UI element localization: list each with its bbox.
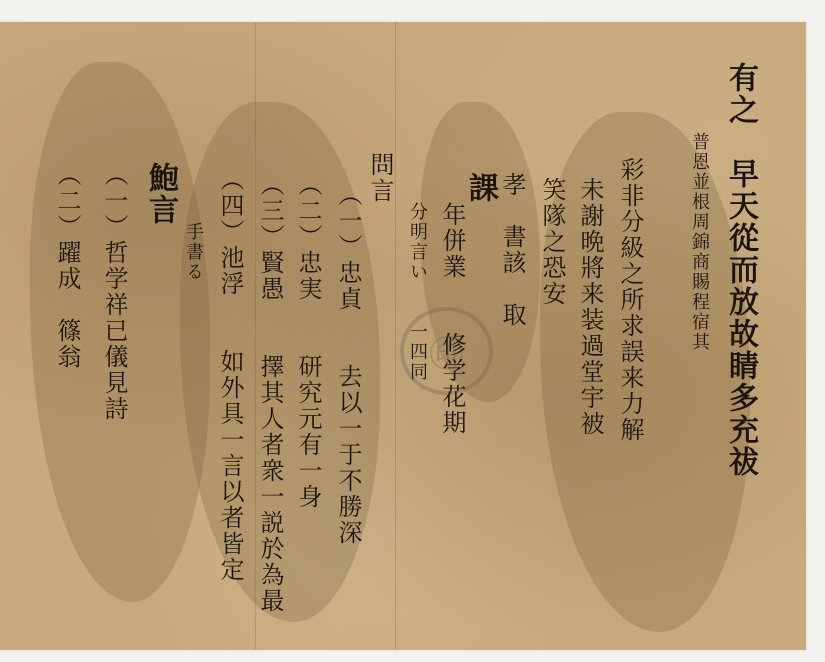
text-column: （一）哲学祥已儀見詩 [102, 162, 126, 422]
water-stain [540, 112, 750, 632]
text-column: 孝 書該 取 [500, 172, 524, 328]
text-column: 手書る [184, 222, 202, 282]
text-column: 課 [465, 172, 495, 204]
text-column: 分明言い 一四同 [408, 202, 426, 382]
text-column: （四）池浮 如外具一言以者皆定 [218, 167, 242, 583]
text-column: （二）忠実 研究元有一身 [296, 172, 320, 510]
manuscript-paper: ㊞ 有之 早天從而放故睛多充祓 普恩並根周錦商賜程宿其 彩非分級之所求誤来力解 … [0, 22, 806, 650]
text-column: （二）躍成 篠翁 [55, 162, 79, 370]
text-column: 笑隊之恐安 [540, 177, 564, 307]
text-column: 普恩並根周錦商賜程宿其 [690, 132, 708, 352]
text-column: （三）賢愚 擇其人者衆一説於為最 [258, 172, 282, 614]
fold-line [395, 22, 396, 650]
text-column: 年併業 修学花期 [440, 202, 464, 436]
text-column: 問言 [368, 152, 392, 204]
text-column: 彩非分級之所求誤来力解 [618, 157, 642, 443]
text-column: 未謝晩將来装過堂宇被 [578, 177, 602, 437]
text-column: 鮑言 [145, 162, 175, 226]
text-column: 有之 早天從而放故睛多充祓 [725, 62, 755, 478]
text-column: （一）忠貞 去以一于不勝深 [336, 182, 360, 546]
